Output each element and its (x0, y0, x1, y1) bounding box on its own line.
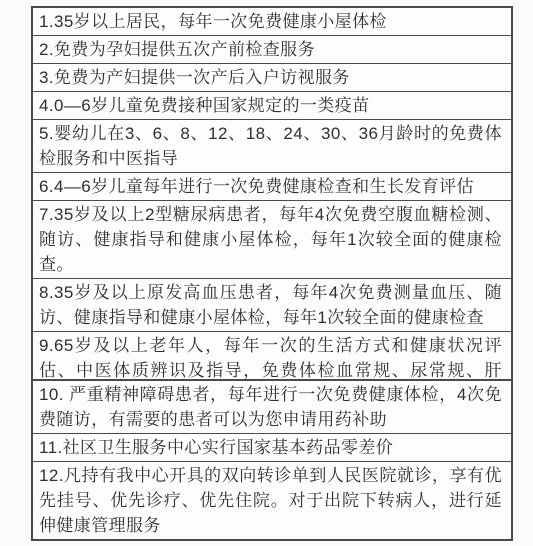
service-item-1: 1.35岁以上居民，每年一次免费健康小屋体检 (33, 8, 511, 35)
service-item-2: 2.免费为孕妇提供五次产前检查服务 (33, 35, 511, 63)
services-table-1: 1.35岁以上居民，每年一次免费健康小屋体检 2.免费为孕妇提供五次产前检查服务… (31, 6, 513, 411)
service-item-11: 11.社区卫生服务中心实行国家基本药品零差价 (33, 433, 511, 461)
service-item-7: 7.35岁及以上2型糖尿病患者，每年4次免费空腹血糖检测、随访、健康指导和健康小… (33, 200, 511, 278)
service-item-10: 10. 严重精神障碍患者，每年进行一次免费健康体检，4次免费随访，有需要的患者可… (33, 381, 511, 433)
service-item-6: 6.4—6岁儿童每年进行一次免费健康检查和生长发育评估 (33, 172, 511, 200)
service-item-5: 5.婴幼儿在3、6、8、12、18、24、30、36月龄时的免费体检服务和中医指… (33, 119, 511, 172)
service-item-12: 12.凡持有我中心开具的双向转诊单到人民医院就诊，享有优先挂号、优先诊疗、优先住… (33, 461, 511, 539)
service-item-3: 3.免费为产妇提供一次产后入户访视服务 (33, 63, 511, 91)
service-item-8: 8.35岁及以上原发高血压患者，每年4次免费测量血压、随访、健康指导和健康小屋体… (33, 278, 511, 331)
health-services-document: 1.35岁以上居民，每年一次免费健康小屋体检 2.免费为孕妇提供五次产前检查服务… (0, 0, 533, 546)
service-item-4: 4.0—6岁儿童免费接种国家规定的一类疫苗 (33, 91, 511, 119)
services-table-2: 10. 严重精神障碍患者，每年进行一次免费健康体检，4次免费随访，有需要的患者可… (31, 379, 513, 541)
